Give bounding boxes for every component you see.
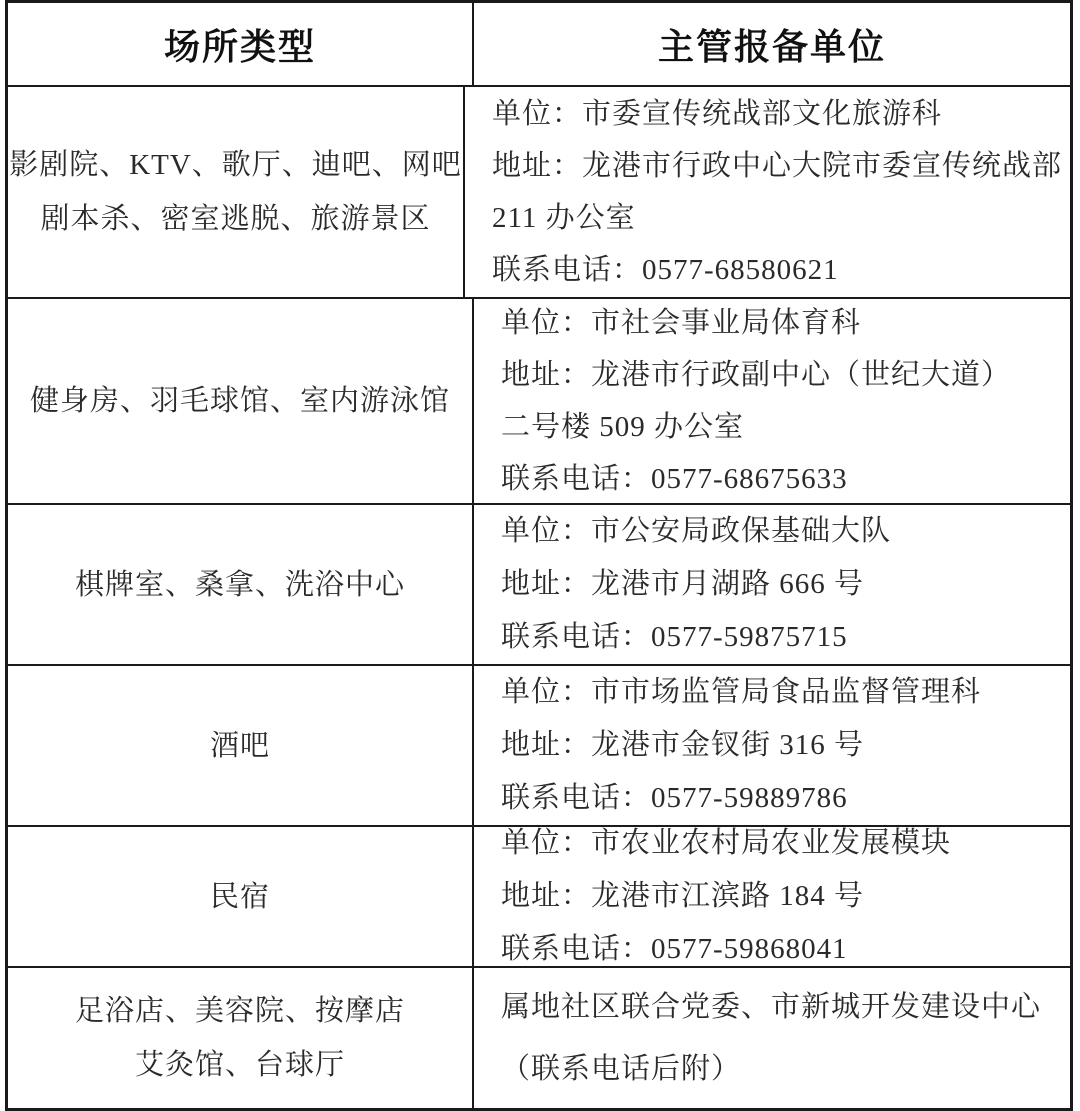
- header-authority: 主管报备单位: [472, 3, 1070, 85]
- venue-line: 棋牌室、桑拿、洗浴中心: [75, 558, 405, 612]
- unit-line: 属地社区联合党委、市新城开发建设中心: [501, 976, 1062, 1038]
- authority-cell: 单位：市公安局政保基础大队 地址：龙港市月湖路 666 号 联系电话：0577-…: [472, 505, 1070, 664]
- table-row: 健身房、羽毛球馆、室内游泳馆 单位：市社会事业局体育科 地址：龙港市行政副中心（…: [8, 297, 1070, 503]
- address-continued-line: 二号楼 509 办公室: [501, 401, 1062, 453]
- address-line: 地址：龙港市行政中心大院市委宣传统战部: [492, 140, 1062, 192]
- address-line: 地址：龙港市江滨路 184 号: [501, 870, 1062, 923]
- authority-cell: 单位：市农业农村局农业发展模块 地址：龙港市江滨路 184 号 联系电话：057…: [472, 827, 1070, 966]
- venue-cell: 酒吧: [8, 666, 472, 825]
- venue-cell: 影剧院、KTV、歌厅、迪吧、网吧 剧本杀、密室逃脱、旅游景区: [8, 87, 463, 297]
- authority-cell: 单位：市社会事业局体育科 地址：龙港市行政副中心（世纪大道） 二号楼 509 办…: [472, 299, 1070, 503]
- venue-cell: 足浴店、美容院、按摩店 艾灸馆、台球厅: [8, 968, 472, 1108]
- table-row: 民宿 单位：市农业农村局农业发展模块 地址：龙港市江滨路 184 号 联系电话：…: [8, 825, 1070, 966]
- unit-line: 单位：市委宣传统战部文化旅游科: [492, 88, 1062, 140]
- venue-line: 剧本杀、密室逃脱、旅游景区: [40, 192, 430, 246]
- table-row: 足浴店、美容院、按摩店 艾灸馆、台球厅 属地社区联合党委、市新城开发建设中心 （…: [8, 966, 1070, 1108]
- venue-line: 民宿: [210, 870, 270, 924]
- unit-line: 单位：市市场监管局食品监督管理科: [501, 666, 1062, 719]
- authority-cell: 单位：市委宣传统战部文化旅游科 地址：龙港市行政中心大院市委宣传统战部 211 …: [463, 87, 1070, 297]
- header-row: 场所类型 主管报备单位: [8, 3, 1070, 85]
- venue-line: 艾灸馆、台球厅: [135, 1038, 345, 1092]
- authority-cell: 属地社区联合党委、市新城开发建设中心 （联系电话后附）: [472, 968, 1070, 1108]
- phone-line: 联系电话：0577-68675633: [501, 453, 1062, 505]
- venue-line: 健身房、羽毛球馆、室内游泳馆: [30, 374, 450, 428]
- unit-line: 单位：市社会事业局体育科: [501, 297, 1062, 349]
- page: 场所类型 主管报备单位 影剧院、KTV、歌厅、迪吧、网吧 剧本杀、密室逃脱、旅游…: [0, 0, 1080, 1111]
- address-line: 地址：龙港市月湖路 666 号: [501, 558, 1062, 611]
- table-row: 影剧院、KTV、歌厅、迪吧、网吧 剧本杀、密室逃脱、旅游景区 单位：市委宣传统战…: [8, 85, 1070, 297]
- venue-cell: 民宿: [8, 827, 472, 966]
- note-line: （联系电话后附）: [501, 1038, 1062, 1100]
- table-row: 棋牌室、桑拿、洗浴中心 单位：市公安局政保基础大队 地址：龙港市月湖路 666 …: [8, 503, 1070, 664]
- venue-line: 影剧院、KTV、歌厅、迪吧、网吧: [9, 138, 462, 192]
- address-line: 地址：龙港市行政副中心（世纪大道）: [501, 349, 1062, 401]
- address-continued-line: 211 办公室: [492, 192, 1062, 244]
- address-line: 地址：龙港市金钗街 316 号: [501, 719, 1062, 772]
- authority-cell: 单位：市市场监管局食品监督管理科 地址：龙港市金钗街 316 号 联系电话：05…: [472, 666, 1070, 825]
- venue-authority-table: 场所类型 主管报备单位 影剧院、KTV、歌厅、迪吧、网吧 剧本杀、密室逃脱、旅游…: [5, 0, 1073, 1111]
- table-row: 酒吧 单位：市市场监管局食品监督管理科 地址：龙港市金钗街 316 号 联系电话…: [8, 664, 1070, 825]
- venue-cell: 健身房、羽毛球馆、室内游泳馆: [8, 299, 472, 503]
- venue-line: 足浴店、美容院、按摩店: [75, 984, 405, 1038]
- venue-cell: 棋牌室、桑拿、洗浴中心: [8, 505, 472, 664]
- phone-line: 联系电话：0577-59875715: [501, 611, 1062, 664]
- header-venue-type: 场所类型: [8, 3, 472, 85]
- unit-line: 单位：市公安局政保基础大队: [501, 505, 1062, 558]
- phone-line: 联系电话：0577-68580621: [492, 244, 1062, 296]
- venue-line: 酒吧: [210, 719, 270, 773]
- unit-line: 单位：市农业农村局农业发展模块: [501, 817, 1062, 870]
